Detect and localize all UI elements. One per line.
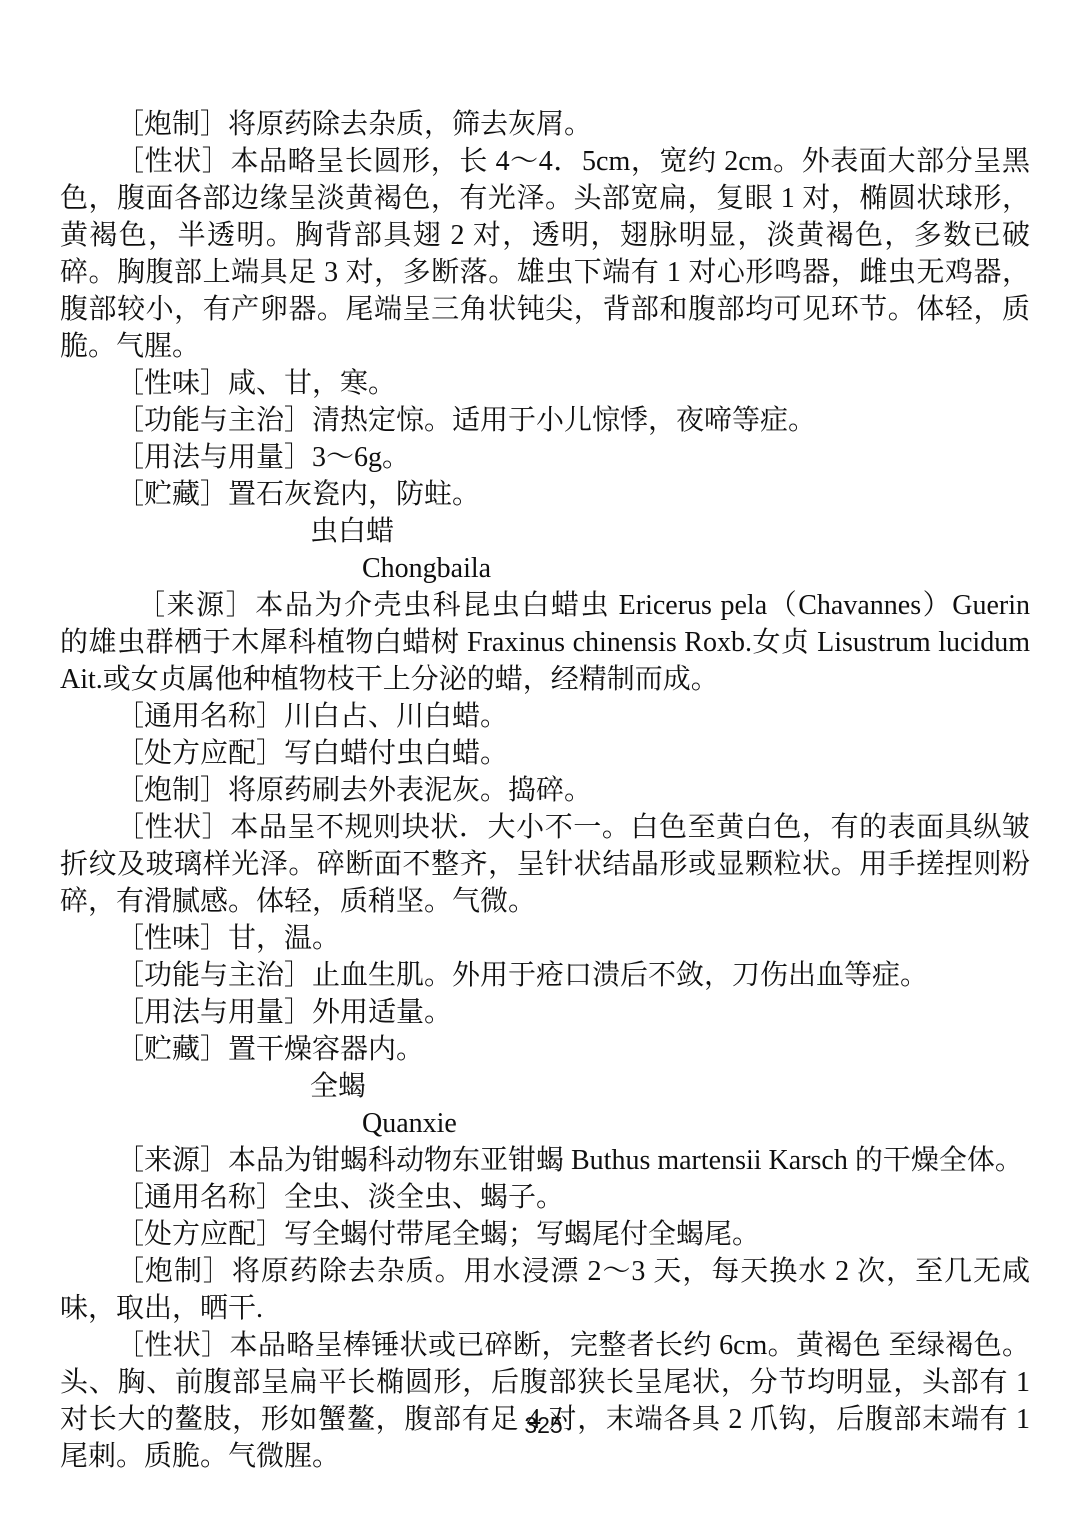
paragraph: ［用法与用量］3～6g。 — [60, 439, 1030, 476]
paragraph: ［通用名称］川白占、川白蜡。 — [60, 698, 1030, 735]
paragraph: ［通用名称］全虫、淡全虫、蝎子。 — [60, 1179, 1030, 1216]
document-page: ［炮制］将原药除去杂质，筛去灰屑。［性状］本品略呈长圆形，长 4～4．5cm，宽… — [0, 0, 1087, 1536]
paragraph: ［功能与主治］清热定惊。适用于小儿惊悸，夜啼等症。 — [60, 402, 1030, 439]
page-number: 325 — [524, 1412, 562, 1438]
section-heading-pinyin: Chongbaila — [362, 550, 1030, 587]
paragraph: ［炮制］将原药除去杂质，筛去灰屑。 — [60, 106, 1030, 143]
paragraph: ［来源］本品为钳蝎科动物东亚钳蝎 Buthus martensii Karsch… — [60, 1142, 1030, 1179]
paragraph: ［性状］本品略呈长圆形，长 4～4．5cm，宽约 2cm。外表面大部分呈黑色，腹… — [60, 143, 1030, 365]
paragraph-source: ［来源］本品为介壳虫科昆虫白蜡虫 Ericerus pela（Chavannes… — [60, 587, 1030, 698]
paragraph: ［贮藏］置干燥容器内。 — [60, 1031, 1030, 1068]
section-heading-chinese: 虫白蜡 — [310, 513, 1030, 550]
paragraph: ［性味］咸、甘，寒。 — [60, 365, 1030, 402]
section-heading-chinese: 全蝎 — [310, 1068, 1030, 1105]
paragraph: ［处方应配］写白蜡付虫白蜡。 — [60, 735, 1030, 772]
paragraph: ［性状］本品略呈棒锤状或已碎断，完整者长约 6cm。黄褐色 至绿褐色。头、胸、前… — [60, 1327, 1030, 1475]
document-body: ［炮制］将原药除去杂质，筛去灰屑。［性状］本品略呈长圆形，长 4～4．5cm，宽… — [60, 106, 1030, 1475]
paragraph: ［用法与用量］外用适量。 — [60, 994, 1030, 1031]
page-footer: 325 — [0, 1410, 1087, 1440]
paragraph: ［功能与主治］止血生肌。外用于疮口溃后不敛，刀伤出血等症。 — [60, 957, 1030, 994]
paragraph: ［处方应配］写全蝎付带尾全蝎；写蝎尾付全蝎尾。 — [60, 1216, 1030, 1253]
paragraph: ［炮制］将原药刷去外表泥灰。捣碎。 — [60, 772, 1030, 809]
section-heading-pinyin: Quanxie — [362, 1105, 1030, 1142]
paragraph: ［炮制］将原药除去杂质。用水浸漂 2～3 天，每天换水 2 次，至几无咸味，取出… — [60, 1253, 1030, 1327]
paragraph: ［性状］本品呈不规则块状．大小不一。白色至黄白色，有的表面具纵皱折纹及玻璃样光泽… — [60, 809, 1030, 920]
paragraph: ［贮藏］置石灰瓷内，防蛀。 — [60, 476, 1030, 513]
paragraph: ［性味］甘，温。 — [60, 920, 1030, 957]
